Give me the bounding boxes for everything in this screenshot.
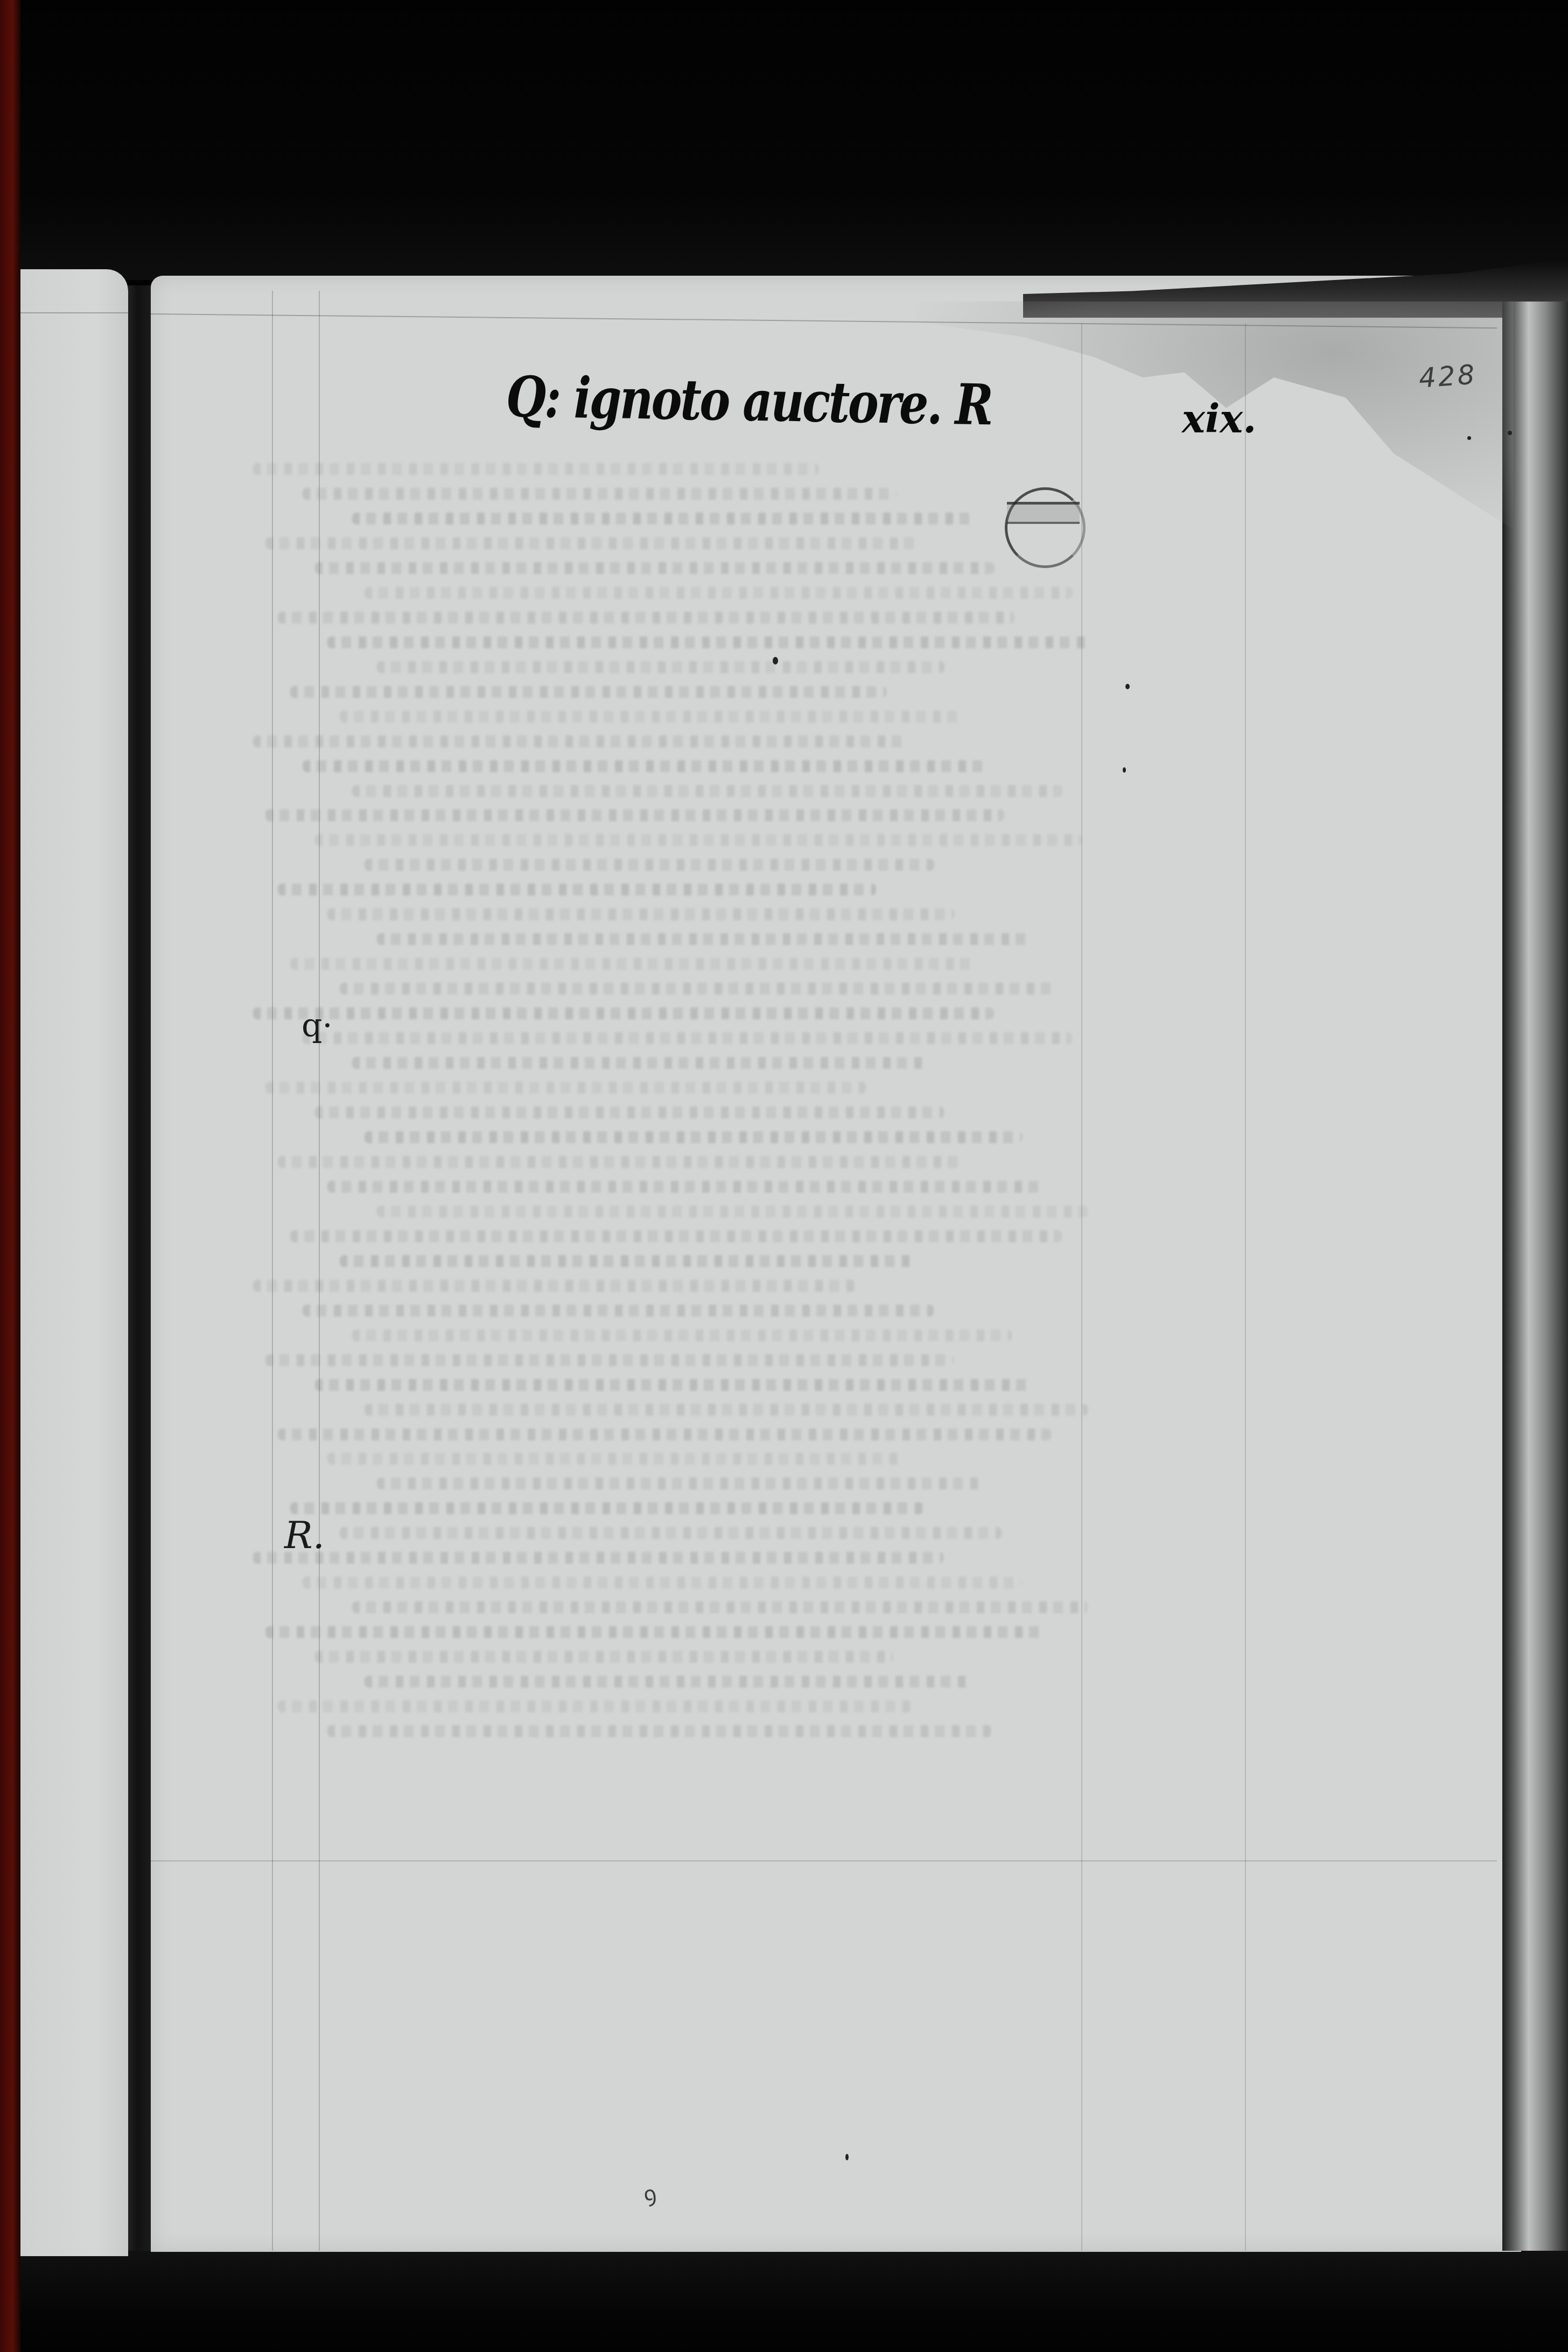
bleed-line: [265, 537, 916, 549]
bottom-background: [20, 2251, 1568, 2352]
bleed-line: [278, 612, 1014, 624]
bleed-line: [365, 859, 934, 871]
page-header-title: Q: ignoto auctore. R: [506, 363, 992, 438]
bleed-line: [377, 1478, 982, 1489]
page-edge-right: [1502, 302, 1568, 2251]
bleed-line: [327, 1453, 904, 1465]
bleed-line: [377, 1206, 1088, 1217]
bleed-line: [278, 1700, 913, 1712]
left-page-rule: [20, 312, 128, 313]
bleed-line: [365, 1676, 971, 1688]
bleed-line: [315, 834, 1082, 846]
bleed-line: [352, 513, 975, 524]
ink-speck: [1467, 436, 1471, 440]
margin-ruling-right-inner: [1081, 323, 1082, 2251]
ink-speck: [845, 2154, 849, 2160]
ink-speck: [1125, 684, 1130, 689]
bleed-line: [315, 1651, 893, 1663]
bottom-ruling: [151, 1860, 1497, 1861]
bleed-line: [340, 711, 964, 723]
film-edge-strip: [0, 0, 20, 2352]
bleed-line: [365, 587, 1073, 599]
bleed-line: [290, 1230, 1062, 1242]
bleed-line: [303, 1577, 1021, 1588]
bleed-line: [365, 1404, 1088, 1416]
bleed-line: [352, 1601, 1088, 1613]
bleed-line: [290, 958, 974, 970]
bleed-line: [303, 760, 984, 772]
bleed-line: [315, 1379, 1032, 1391]
bleed-line: [278, 884, 876, 895]
bleed-line: [253, 1280, 856, 1292]
library-stamp-band: [1007, 502, 1080, 524]
bleed-line: [327, 908, 954, 920]
bleed-line: [265, 1082, 866, 1094]
ink-speck: [773, 657, 778, 664]
bleed-line: [377, 933, 1032, 945]
bleed-line: [315, 1107, 944, 1118]
bleed-line: [327, 1181, 1042, 1193]
bleed-line: [278, 1429, 1052, 1440]
ink-speck: [1508, 431, 1512, 435]
bleed-line: [352, 1057, 924, 1069]
bleed-line: [253, 736, 906, 747]
book-gutter: [128, 285, 151, 2251]
ink-speck: [1123, 767, 1126, 773]
margin-ruling-left-outer: [272, 291, 273, 2251]
library-stamp-icon: [1005, 487, 1086, 568]
folio-number: xix.: [1182, 396, 1256, 442]
marginal-letter-q: q·: [302, 1007, 332, 1045]
bleed-line: [253, 463, 818, 475]
bleed-line: [290, 1502, 923, 1514]
bleed-line: [352, 785, 1062, 797]
marginal-letter-r: R.: [284, 1513, 325, 1557]
bleed-line: [303, 1305, 934, 1317]
margin-ruling-left-inner: [319, 291, 320, 2251]
bleed-line: [340, 983, 1052, 995]
bleed-line: [315, 562, 995, 574]
left-page-sliver: [20, 269, 128, 2256]
bleed-line: [340, 1527, 1002, 1539]
bleed-line: [253, 1552, 943, 1564]
bleed-line: [327, 1725, 991, 1737]
top-background: [20, 0, 1568, 280]
bleed-line: [327, 636, 1088, 648]
pencil-foliation-number: 428: [1418, 359, 1478, 394]
bleed-line: [365, 1131, 1022, 1143]
bleed-line: [278, 1156, 964, 1168]
bleed-line: [303, 1032, 1072, 1044]
bleed-line: [303, 488, 897, 500]
bleed-line: [340, 1255, 914, 1267]
bleed-line: [265, 1354, 954, 1366]
bleed-line: [265, 809, 1004, 821]
bleed-line: [253, 1007, 994, 1019]
bleed-line: [352, 1329, 1012, 1341]
bleed-line: [290, 686, 886, 698]
bleed-line: [377, 661, 944, 673]
bleed-line: [265, 1626, 1041, 1638]
margin-ruling-right-outer: [1245, 323, 1246, 2251]
